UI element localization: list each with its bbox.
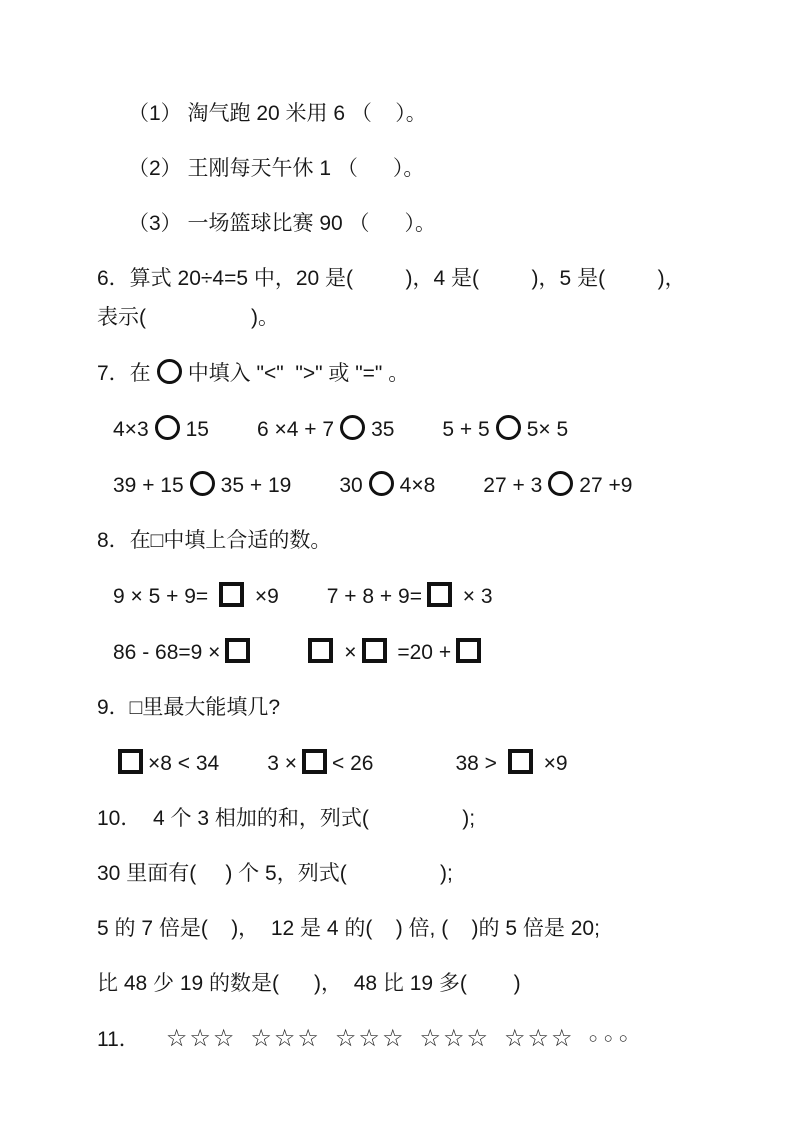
q10-line-1: 10． 4 个 3 相加的和，列式( );: [97, 805, 743, 833]
expr-left: 4×3: [113, 418, 149, 441]
expr-pre: 38 >: [455, 752, 502, 775]
q8-header: 8．在□中填上合适的数。: [97, 527, 743, 555]
q11-line: 11．☆☆☆☆☆☆☆☆☆☆☆☆☆☆☆○○○: [97, 1025, 743, 1054]
expr-left: 6 ×4 + 7: [257, 418, 334, 441]
expr-pre: 9 × 5 + 9=: [113, 585, 214, 608]
expr-right: 5× 5: [527, 418, 568, 441]
expr-operator: ×: [338, 641, 356, 664]
answer-box: [118, 749, 143, 774]
box-expression: 86 - 68=9 ×: [113, 638, 255, 667]
box-expression: ×8 < 34: [113, 749, 219, 778]
compare-circle-icon: [155, 415, 180, 440]
answer-box: [362, 638, 387, 663]
compare-expression: 39 + 1535 + 19: [113, 471, 291, 500]
compare-expression: 6 ×4 + 735: [257, 415, 394, 444]
box-expression: 38 > ×9: [455, 749, 567, 778]
q7-header: 7．在中填入 "<" ">" 或 "=" 。: [97, 359, 743, 388]
q10-line-3: 5 的 7 倍是( )， 12 是 4 的( ) 倍, ( )的 5 倍是 20…: [97, 915, 743, 943]
expr-post: ×9: [538, 752, 568, 775]
expr-pre: 7 + 8 + 9=: [327, 585, 422, 608]
compare-circle-icon: [190, 471, 215, 496]
expr-pre: 3 ×: [267, 752, 297, 775]
compare-circle-icon: [548, 471, 573, 496]
compare-circle-icon: [369, 471, 394, 496]
q6-line-1: 6．算式 20÷4=5 中，20 是( )，4 是( )，5 是( )，: [97, 265, 743, 293]
star-group-icon: ☆☆☆: [335, 1025, 406, 1052]
compare-circle-icon: [157, 359, 182, 384]
expr-post: ×9: [249, 585, 279, 608]
q7-header-text-post: 中填入 "<" ">" 或 "=" 。: [188, 362, 410, 385]
answer-box: [456, 638, 481, 663]
compare-expression: 304×8: [339, 471, 435, 500]
q11-number: 11．: [97, 1028, 140, 1051]
expr-right: 35: [371, 418, 394, 441]
q10-line-4: 比 48 少 19 的数是( )， 48 比 19 多( ): [97, 970, 743, 998]
compare-expression: 5 + 55× 5: [442, 415, 568, 444]
expr-left: 39 + 15: [113, 474, 184, 497]
star-group-icon: ☆☆☆: [419, 1025, 490, 1052]
q9-header: 9．□里最大能填几?: [97, 694, 743, 722]
expr-post: ×8 < 34: [148, 752, 219, 775]
star-group-icon: ☆☆☆: [504, 1025, 575, 1052]
circle-group-icon: ○○○: [589, 1030, 634, 1047]
q7-header-text-pre: 7．在: [97, 362, 151, 385]
fill-unit-item-3: （3） 一场篮球比赛 90 （ ）。: [128, 210, 743, 238]
expr-left: 27 + 3: [483, 474, 542, 497]
expr-right: 27 +9: [579, 474, 632, 497]
expr-right: 35 + 19: [221, 474, 292, 497]
expr-post: × 3: [457, 585, 493, 608]
q9-row: ×8 < 34 3 ×< 26 38 > ×9: [97, 749, 743, 778]
q8-row-1: 9 × 5 + 9= ×9 7 + 8 + 9= × 3: [97, 582, 743, 611]
answer-box: [308, 638, 333, 663]
answer-box: [508, 749, 533, 774]
box-expression: 3 ×< 26: [267, 749, 373, 778]
compare-expression: 27 + 327 +9: [483, 471, 632, 500]
box-expression: × =20 +: [303, 638, 486, 667]
q10-line-2: 30 里面有( ) 个 5，列式( );: [97, 860, 743, 888]
answer-box: [225, 638, 250, 663]
box-expression: 7 + 8 + 9= × 3: [327, 582, 493, 611]
box-expression: 9 × 5 + 9= ×9: [113, 582, 279, 611]
expr-pre: 86 - 68=9 ×: [113, 641, 220, 664]
expr-mid: =20 +: [392, 641, 452, 664]
compare-circle-icon: [496, 415, 521, 440]
fill-unit-item-1: （1） 淘气跑 20 米用 6 （ ）。: [128, 100, 743, 128]
answer-box: [219, 582, 244, 607]
q7-row-1: 4×315 6 ×4 + 735 5 + 55× 5: [97, 415, 743, 444]
expr-right: 4×8: [400, 474, 436, 497]
answer-box: [302, 749, 327, 774]
expr-right: 15: [186, 418, 209, 441]
worksheet-page: （1） 淘气跑 20 米用 6 （ ）。 （2） 王刚每天午休 1 （ ）。 （…: [0, 0, 793, 1122]
star-group-icon: ☆☆☆: [250, 1025, 321, 1052]
q6-line-2: 表示( )。: [97, 304, 743, 332]
star-group-icon: ☆☆☆: [166, 1025, 237, 1052]
answer-box: [427, 582, 452, 607]
fill-unit-item-2: （2） 王刚每天午休 1 （ ）。: [128, 155, 743, 183]
expr-post: < 26: [332, 752, 373, 775]
compare-circle-icon: [340, 415, 365, 440]
q7-row-2: 39 + 1535 + 19 304×8 27 + 327 +9: [97, 471, 743, 500]
expr-left: 5 + 5: [442, 418, 489, 441]
compare-expression: 4×315: [113, 415, 209, 444]
expr-left: 30: [339, 474, 362, 497]
q8-row-2: 86 - 68=9 × × =20 +: [97, 638, 743, 667]
